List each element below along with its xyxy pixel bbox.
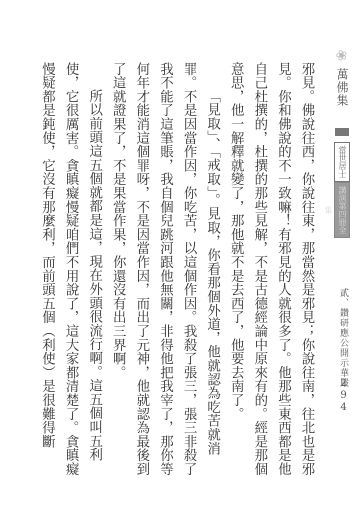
- paragraph-1: 邪見。佛說往西，你說往東，那當然是邪見；你說往南，往北也是邪見。你和佛說的不一致…: [224, 62, 318, 482]
- series-title: 萬佛集: [334, 68, 350, 107]
- page-number: 294: [334, 378, 350, 414]
- chapter-title: 貳、鑽研應公開示華嚴: [334, 288, 350, 388]
- paragraph-2: 「見取」、「戒取」。見取，你看那個外道，他就認為吃苦就消罪。不是因當作因，你吃苦…: [106, 62, 224, 482]
- author-label: 當世居士: [334, 142, 350, 182]
- body-text: 邪見。佛說往西，你說往東，那當然是邪見；你說往南，往北也是邪見。你和佛說的不一致…: [35, 62, 318, 482]
- book-title-label: 講演第四冊全集: [334, 182, 350, 238]
- book-page: ❀ 萬佛集 當世居士 講演第四冊全集 貳、鑽研應公開示華嚴 294 邪見。佛說往…: [0, 0, 363, 510]
- running-header: ❀ 萬佛集 當世居士 講演第四冊全集 貳、鑽研應公開示華嚴 294: [328, 48, 356, 488]
- volume-mark: [335, 128, 349, 136]
- lotus-logo-icon: ❀: [330, 46, 354, 69]
- paragraph-3: 所以前頭這五個就都是這，現在外頭很流行啊。這五個叫五利使，它很厲害。貪瞋癡慢疑咱…: [35, 62, 106, 482]
